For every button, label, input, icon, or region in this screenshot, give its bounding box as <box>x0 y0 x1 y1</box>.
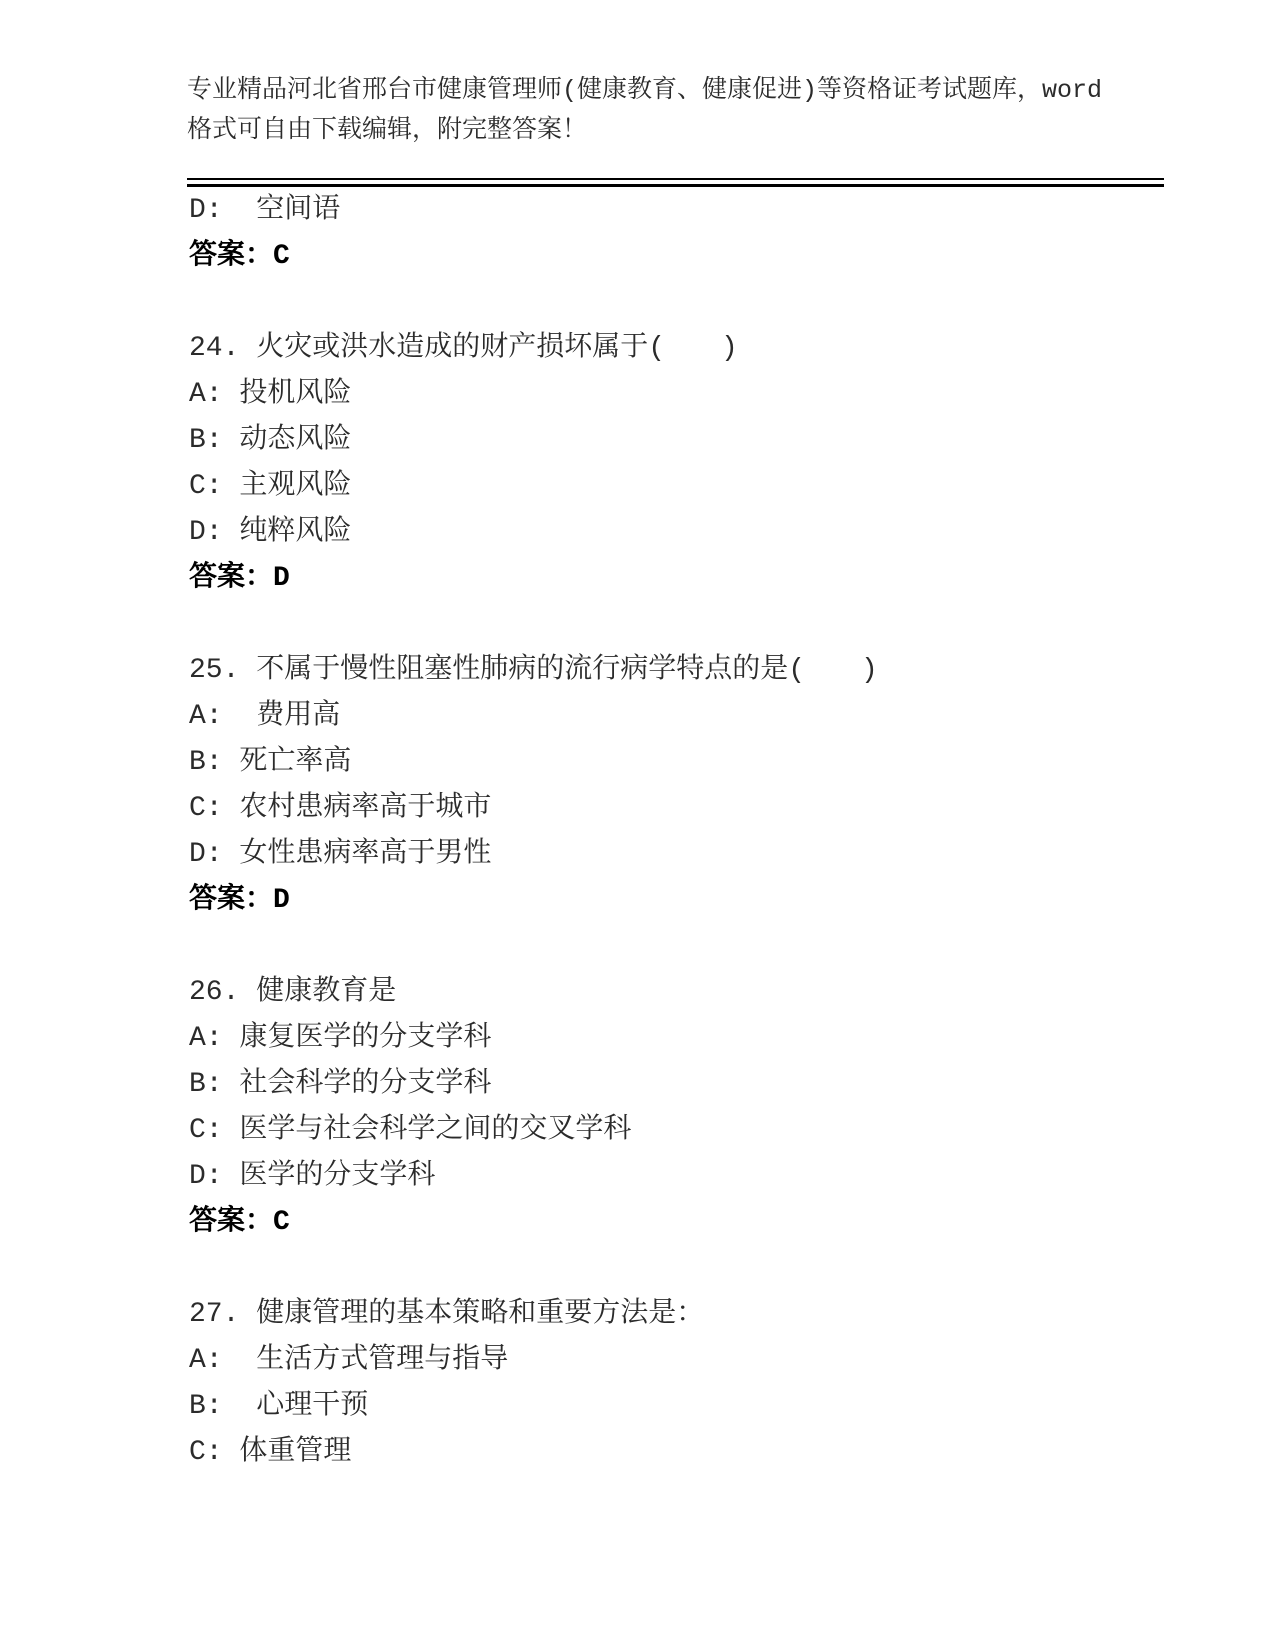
option-line: C: 医学与社会科学之间的交叉学科 <box>189 1108 1169 1154</box>
option-line: C: 农村患病率高于城市 <box>189 786 1169 832</box>
blank-line <box>189 602 1169 648</box>
option-line: B: 死亡率高 <box>189 740 1169 786</box>
answer-line: 答案：D <box>189 556 1169 602</box>
carryover-answer-line: 答案：C <box>189 234 1169 280</box>
option-line: A: 生活方式管理与指导 <box>189 1338 1169 1384</box>
answer-line: 答案：D <box>189 878 1169 924</box>
option-line: B: 社会科学的分支学科 <box>189 1062 1169 1108</box>
question-title: 27. 健康管理的基本策略和重要方法是： <box>189 1292 1169 1338</box>
header-line-1: 专业精品河北省邢台市健康管理师(健康教育、健康促进)等资格证考试题库，word <box>187 71 1167 111</box>
page-header: 专业精品河北省邢台市健康管理师(健康教育、健康促进)等资格证考试题库，word … <box>187 71 1167 151</box>
document-body: D: 空间语答案：C24. 火灾或洪水造成的财产损坏属于( )A: 投机风险B:… <box>189 188 1169 1476</box>
option-line: B: 心理干预 <box>189 1384 1169 1430</box>
option-line: D: 医学的分支学科 <box>189 1154 1169 1200</box>
header-double-rule <box>187 178 1164 187</box>
option-line: C: 主观风险 <box>189 464 1169 510</box>
question-title: 25. 不属于慢性阻塞性肺病的流行病学特点的是( ) <box>189 648 1169 694</box>
option-line: D: 女性患病率高于男性 <box>189 832 1169 878</box>
question-title: 24. 火灾或洪水造成的财产损坏属于( ) <box>189 326 1169 372</box>
question-title: 26. 健康教育是 <box>189 970 1169 1016</box>
option-line: C: 体重管理 <box>189 1430 1169 1476</box>
blank-line <box>189 1246 1169 1292</box>
option-line: B: 动态风险 <box>189 418 1169 464</box>
carryover-option-line: D: 空间语 <box>189 188 1169 234</box>
option-line: D: 纯粹风险 <box>189 510 1169 556</box>
option-line: A: 投机风险 <box>189 372 1169 418</box>
document-page: 专业精品河北省邢台市健康管理师(健康教育、健康促进)等资格证考试题库，word … <box>0 0 1275 1650</box>
blank-line <box>189 280 1169 326</box>
option-line: A: 费用高 <box>189 694 1169 740</box>
answer-line: 答案：C <box>189 1200 1169 1246</box>
header-line-2: 格式可自由下载编辑，附完整答案！ <box>187 111 1167 151</box>
blank-line <box>189 924 1169 970</box>
option-line: A: 康复医学的分支学科 <box>189 1016 1169 1062</box>
